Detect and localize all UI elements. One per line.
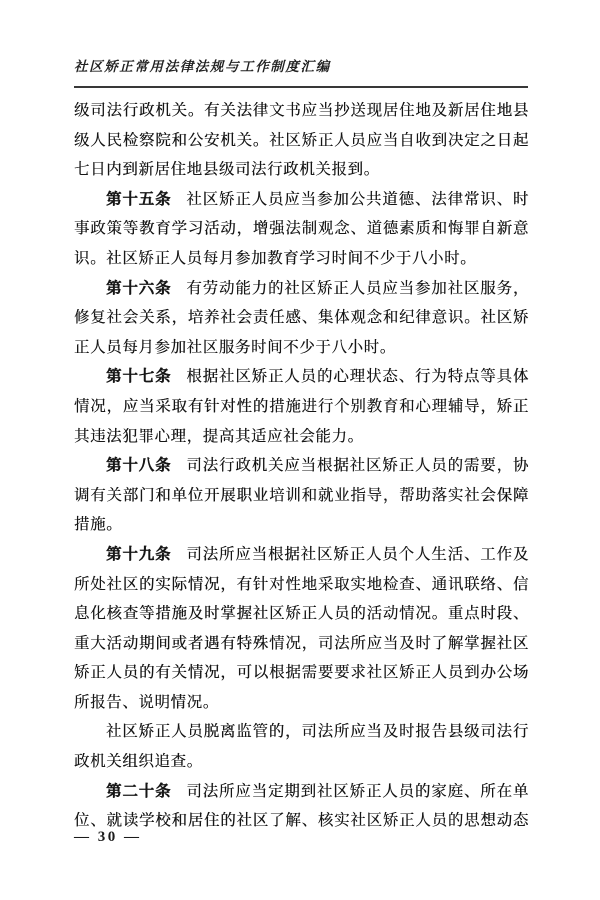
line-text: 事政策等教育学习活动，增强法制观念、道德素质和悔罪自新意: [74, 220, 529, 237]
text-line: 其违法犯罪心理，提高其适应社会能力。: [74, 422, 529, 452]
line-text: 所报告、说明情况。: [74, 694, 219, 711]
text-line: 第十九条司法所应当根据社区矫正人员个人生活、工作及: [74, 540, 529, 570]
line-text: 级司法行政机关。有关法律文书应当抄送现居住地及新居住地县: [74, 102, 529, 119]
line-text: 正人员每月参加社区服务时间不少于八小时。: [74, 339, 396, 356]
line-text: 司法行政机关应当根据社区矫正人员的需要，协: [186, 457, 529, 474]
footer-page-number: — 30 —: [74, 826, 142, 848]
text-line: 正人员每月参加社区服务时间不少于八小时。: [74, 333, 529, 363]
line-text: 根据社区矫正人员的心理状态、行为特点等具体: [186, 368, 529, 385]
line-text: 七日内到新居住地县级司法行政机关报到。: [74, 161, 380, 178]
text-line: 所处社区的实际情况，有针对性地采取实地检查、通讯联络、信: [74, 570, 529, 600]
line-text: 措施。: [74, 516, 122, 533]
article-number: 第十八条: [106, 457, 171, 474]
line-text: 息化核查等措施及时掌握社区矫正人员的活动情况。重点时段、: [74, 605, 529, 622]
article-number: 第十七条: [106, 368, 171, 385]
line-text: 调有关部门和单位开展职业培训和就业指导，帮助落实社会保障: [74, 487, 529, 504]
running-header-title: 社区矫正常用法律法规与工作制度汇编: [74, 56, 528, 78]
text-line: 重大活动期间或者遇有特殊情况，司法所应当及时了解掌握社区: [74, 629, 529, 659]
article-number: 第十九条: [106, 546, 171, 563]
text-line: 第二十条司法所应当定期到社区矫正人员的家庭、所在单: [74, 777, 529, 807]
line-text: 司法所应当根据社区矫正人员个人生活、工作及: [186, 546, 529, 563]
line-text: 重大活动期间或者遇有特殊情况，司法所应当及时了解掌握社区: [74, 635, 529, 652]
text-line: 级司法行政机关。有关法律文书应当抄送现居住地及新居住地县: [74, 96, 529, 126]
text-line: 位、就读学校和居住的社区了解、核实社区矫正人员的思想动态: [74, 806, 529, 836]
text-line: 修复社会关系，培养社会责任感、集体观念和纪律意识。社区矫: [74, 303, 529, 333]
text-line: 事政策等教育学习活动，增强法制观念、道德素质和悔罪自新意: [74, 214, 529, 244]
line-text: 所处社区的实际情况，有针对性地采取实地检查、通讯联络、信: [74, 576, 529, 593]
text-line: 第十七条根据社区矫正人员的心理状态、行为特点等具体: [74, 362, 529, 392]
article-number: 第十五条: [106, 191, 171, 208]
line-text: 政机关组织追查。: [74, 753, 203, 770]
article-number: 第十六条: [106, 280, 171, 297]
text-line: 第十五条社区矫正人员应当参加公共道德、法律常识、时: [74, 185, 529, 215]
line-text: 矫正人员的有关情况，可以根据需要要求社区矫正人员到办公场: [74, 664, 529, 681]
text-line: 所报告、说明情况。: [74, 688, 529, 718]
article-number: 第二十条: [106, 783, 171, 800]
text-line: 调有关部门和单位开展职业培训和就业指导，帮助落实社会保障: [74, 481, 529, 511]
body-text: 级司法行政机关。有关法律文书应当抄送现居住地及新居住地县 级人民检察院和公安机关…: [74, 96, 529, 836]
line-text: 识。社区矫正人员每月参加教育学习时间不少于八小时。: [74, 250, 476, 267]
line-text: 社区矫正人员应当参加公共道德、法律常识、时: [186, 191, 529, 208]
text-line: 七日内到新居住地县级司法行政机关报到。: [74, 155, 529, 185]
header-rule: [74, 86, 528, 88]
line-text: 级人民检察院和公安机关。社区矫正人员应当自收到决定之日起: [74, 132, 529, 149]
text-line: 识。社区矫正人员每月参加教育学习时间不少于八小时。: [74, 244, 529, 274]
line-text: 有劳动能力的社区矫正人员应当参加社区服务，: [186, 280, 529, 297]
line-text: 情况，应当采取有针对性的措施进行个别教育和心理辅导，矫正: [74, 398, 529, 415]
text-line: 社区矫正人员脱离监管的，司法所应当及时报告县级司法行: [74, 717, 529, 747]
scanned-book-page: 社区矫正常用法律法规与工作制度汇编 级司法行政机关。有关法律文书应当抄送现居住地…: [0, 0, 600, 900]
line-text: 社区矫正人员脱离监管的，司法所应当及时报告县级司法行: [106, 723, 529, 740]
text-line: 第十六条有劳动能力的社区矫正人员应当参加社区服务，: [74, 274, 529, 304]
text-line: 政机关组织追查。: [74, 747, 529, 777]
line-text: 司法所应当定期到社区矫正人员的家庭、所在单: [186, 783, 529, 800]
text-line: 措施。: [74, 510, 529, 540]
text-line: 情况，应当采取有针对性的措施进行个别教育和心理辅导，矫正: [74, 392, 529, 422]
text-line: 息化核查等措施及时掌握社区矫正人员的活动情况。重点时段、: [74, 599, 529, 629]
line-text: 位、就读学校和居住的社区了解、核实社区矫正人员的思想动态: [74, 812, 529, 829]
text-line: 矫正人员的有关情况，可以根据需要要求社区矫正人员到办公场: [74, 658, 529, 688]
text-line: 第十八条司法行政机关应当根据社区矫正人员的需要，协: [74, 451, 529, 481]
line-text: 其违法犯罪心理，提高其适应社会能力。: [74, 428, 364, 445]
line-text: 修复社会关系，培养社会责任感、集体观念和纪律意识。社区矫: [74, 309, 529, 326]
text-line: 级人民检察院和公安机关。社区矫正人员应当自收到决定之日起: [74, 126, 529, 156]
